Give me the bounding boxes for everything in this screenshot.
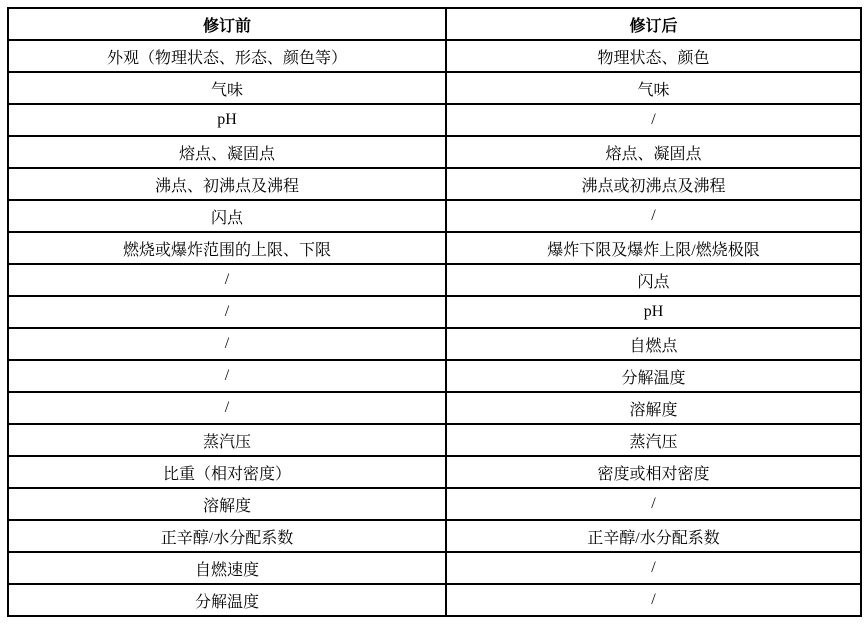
cell-after: 自燃点 <box>446 328 861 360</box>
cell-after: 气味 <box>446 72 861 104</box>
cell-before: 蒸汽压 <box>8 424 446 456</box>
document-page: 修订前 修订后 外观（物理状态、形态、颜色等） 物理状态、颜色 气味 气味 pH… <box>0 0 867 624</box>
table-row: 分解温度 / <box>8 584 861 616</box>
table-row: / 闪点 <box>8 264 861 296</box>
cell-after: / <box>446 584 861 616</box>
column-header-after: 修订后 <box>446 8 861 40</box>
table-row: 沸点、初沸点及沸程 沸点或初沸点及沸程 <box>8 168 861 200</box>
cell-after: 熔点、凝固点 <box>446 136 861 168</box>
cell-before: 熔点、凝固点 <box>8 136 446 168</box>
cell-after: 物理状态、颜色 <box>446 40 861 72</box>
cell-before: 比重（相对密度） <box>8 456 446 488</box>
table-row: pH / <box>8 104 861 136</box>
cell-before: pH <box>8 104 446 136</box>
cell-before: / <box>8 328 446 360</box>
table-row: 自燃速度 / <box>8 552 861 584</box>
table-row: 比重（相对密度） 密度或相对密度 <box>8 456 861 488</box>
table-row: 正辛醇/水分配系数 正辛醇/水分配系数 <box>8 520 861 552</box>
cell-before: 闪点 <box>8 200 446 232</box>
cell-before: 外观（物理状态、形态、颜色等） <box>8 40 446 72</box>
table-row: / 分解温度 <box>8 360 861 392</box>
cell-after: / <box>446 104 861 136</box>
cell-before: 自燃速度 <box>8 552 446 584</box>
cell-after: 溶解度 <box>446 392 861 424</box>
table-row: / pH <box>8 296 861 328</box>
cell-before: 溶解度 <box>8 488 446 520</box>
cell-before: 正辛醇/水分配系数 <box>8 520 446 552</box>
cell-before: 分解温度 <box>8 584 446 616</box>
table-row: / 自燃点 <box>8 328 861 360</box>
table-row: 气味 气味 <box>8 72 861 104</box>
table-row: 外观（物理状态、形态、颜色等） 物理状态、颜色 <box>8 40 861 72</box>
cell-after: 爆炸下限及爆炸上限/燃烧极限 <box>446 232 861 264</box>
cell-after: 密度或相对密度 <box>446 456 861 488</box>
cell-after: 蒸汽压 <box>446 424 861 456</box>
cell-after: / <box>446 200 861 232</box>
cell-after: / <box>446 552 861 584</box>
cell-after: / <box>446 488 861 520</box>
cell-before: 气味 <box>8 72 446 104</box>
cell-after: 闪点 <box>446 264 861 296</box>
cell-before: / <box>8 360 446 392</box>
cell-after: 沸点或初沸点及沸程 <box>446 168 861 200</box>
cell-before: / <box>8 264 446 296</box>
table-row: 燃烧或爆炸范围的上限、下限 爆炸下限及爆炸上限/燃烧极限 <box>8 232 861 264</box>
cell-after: pH <box>446 296 861 328</box>
cell-before: 沸点、初沸点及沸程 <box>8 168 446 200</box>
table-row: 闪点 / <box>8 200 861 232</box>
table-row: / 溶解度 <box>8 392 861 424</box>
cell-before: 燃烧或爆炸范围的上限、下限 <box>8 232 446 264</box>
header-row: 修订前 修订后 <box>8 8 861 40</box>
table-row: 溶解度 / <box>8 488 861 520</box>
table-row: 蒸汽压 蒸汽压 <box>8 424 861 456</box>
cell-after: 正辛醇/水分配系数 <box>446 520 861 552</box>
cell-before: / <box>8 296 446 328</box>
revision-comparison-table: 修订前 修订后 外观（物理状态、形态、颜色等） 物理状态、颜色 气味 气味 pH… <box>7 7 862 617</box>
cell-after: 分解温度 <box>446 360 861 392</box>
table-row: 熔点、凝固点 熔点、凝固点 <box>8 136 861 168</box>
column-header-before: 修订前 <box>8 8 446 40</box>
cell-before: / <box>8 392 446 424</box>
